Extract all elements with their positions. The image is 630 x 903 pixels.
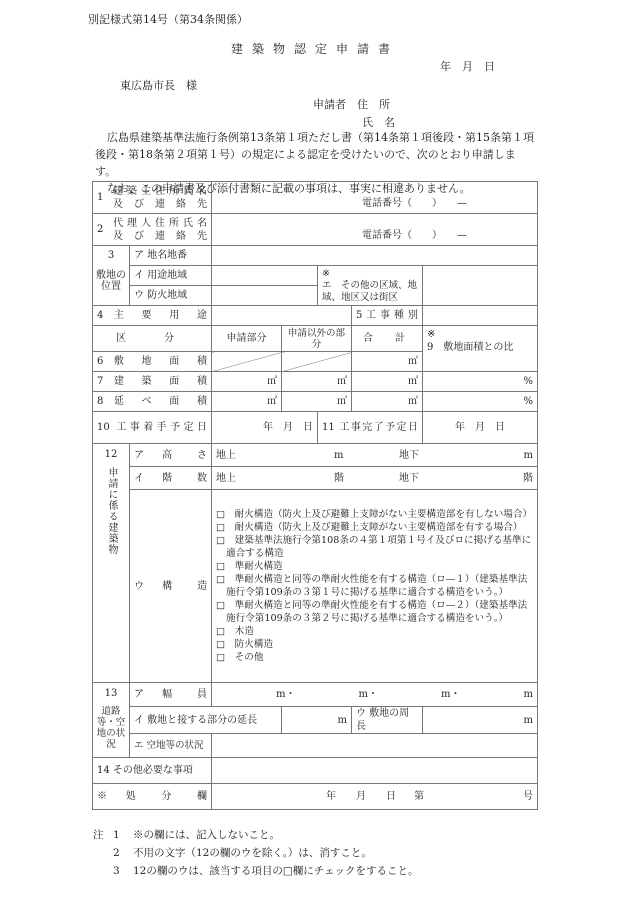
use-district-field[interactable]	[212, 266, 318, 286]
start-date-label: 10 工事着手予定日	[93, 412, 212, 444]
width-unit: m・	[441, 688, 460, 701]
application-date: 年 月 日	[440, 58, 495, 74]
building-area-applied-field[interactable]: ㎡	[212, 372, 282, 392]
row-main-use: 4 主 要 用 途 5 工 事 種 別	[93, 306, 538, 326]
road-group-label: 道路等・空地の状況	[95, 706, 127, 750]
owner-label-cell: 1 建築主住所氏名 及び連絡先	[93, 182, 212, 214]
height-above-unit: m	[334, 449, 399, 462]
fire-district-field[interactable]	[212, 286, 318, 306]
disposition-label: ※ 処 分 欄	[93, 784, 212, 810]
building-group: 12 申請に係る建築物	[93, 444, 130, 683]
division-header: 区 分	[93, 326, 212, 352]
structure-option-checkbox[interactable]: □ 建築基準法施行令第108条の４第１項第１号イ及びロに掲げる基準に適合する構造	[226, 534, 533, 560]
perimeter-field[interactable]: m	[423, 707, 538, 734]
disposition-no-suffix: 号	[523, 790, 533, 803]
row-road-width: 13 道路等・空地の状況 ア 幅 員 m・ m・ m・ m	[93, 683, 538, 707]
lot-number-field[interactable]	[212, 246, 538, 266]
row-open-space: エ 空地等の状況	[93, 734, 538, 758]
frontage-field[interactable]: m	[282, 707, 352, 734]
road-width-field[interactable]: m・ m・ m・ m	[212, 683, 538, 707]
main-use-label: 4 主 要 用 途	[93, 306, 212, 326]
lot-number-label: ア 地名地番	[130, 246, 212, 266]
site-area-applied-disabled	[212, 352, 282, 372]
building-area-ratio-field[interactable]: %	[423, 372, 538, 392]
work-type-field[interactable]	[423, 306, 538, 326]
disposition-no-prefix: 第	[414, 790, 523, 803]
owner-phone-label: 電話番号（ ） —	[362, 198, 467, 209]
floors-label: イ 階 数	[130, 467, 212, 490]
structure-option-checkbox[interactable]: □ 木造	[226, 625, 533, 638]
application-form-table: 1 建築主住所氏名 及び連絡先 電話番号（ ） — 2 代理人住所氏名 及び連絡…	[92, 181, 538, 810]
agent-phone-label: 電話番号（ ） —	[362, 230, 467, 241]
asterisk-mark: ※	[322, 268, 418, 280]
note-text: ※の欄には、記入しないこと。	[133, 829, 280, 841]
road-group: 13 道路等・空地の状況	[93, 683, 130, 758]
addressee: 東広島市長 様	[120, 77, 197, 93]
row-structure: ウ 構 造 □ 耐火構造（防火上及び避難上支障がない主要構造部を有しない場合） …	[93, 490, 538, 683]
row-number: 3	[95, 249, 127, 262]
disposition-date: 年 月 日	[216, 790, 396, 803]
row-building-area: 7 建 築 面 積 ㎡ ㎡ ㎡ %	[93, 372, 538, 392]
height-below-label: 地下	[399, 449, 524, 462]
row-agent: 2 代理人住所氏名 及び連絡先 電話番号（ ） —	[93, 214, 538, 246]
frontage-label: イ 敷地と接する部分の延長	[130, 707, 282, 734]
width-unit: m・	[359, 688, 378, 701]
height-field[interactable]: 地上 m 地下 m	[212, 444, 538, 467]
structure-option-checkbox[interactable]: □ その他	[226, 651, 533, 664]
structure-label: ウ 構 造	[130, 490, 212, 683]
start-date-field[interactable]: 年 月 日	[212, 412, 318, 444]
row-number: 2	[97, 223, 113, 236]
document-title: 建築物認定申請書	[0, 40, 630, 57]
applicant-name-label: 氏 名	[362, 114, 395, 130]
structure-option-checkbox[interactable]: □ 準耐火構造と同等の準耐火性能を有する構造（ロ—１）（建築基準法施行令第109…	[226, 573, 533, 599]
row-use-district: イ 用途地域 ※ エ その他の区域、地域、地区又は街区	[93, 266, 538, 286]
building-area-other-field[interactable]: ㎡	[282, 372, 352, 392]
height-label: ア 高 さ	[130, 444, 212, 467]
building-area-total-field[interactable]: ㎡	[352, 372, 423, 392]
site-ratio-header: ※ 9 敷地面積との比	[423, 326, 538, 372]
height-above-label: 地上	[216, 449, 334, 462]
row-number: 13	[95, 687, 127, 700]
row-number: 1	[97, 191, 113, 204]
structure-option-checkbox[interactable]: □ 耐火構造（防火上及び避難上支障がない主要構造部を有しない場合）	[226, 508, 533, 521]
work-type-label: 5 工 事 種 別	[352, 306, 423, 326]
notes: 注1※の欄には、記入しないこと。 2不用の文字（12の欄のウを除く。）は、消すこ…	[93, 826, 418, 880]
open-space-label: エ 空地等の状況	[130, 734, 212, 758]
row-other-matters: 14 その他必要な事項	[93, 758, 538, 784]
applied-part-header: 申請部分	[212, 326, 282, 352]
site-area-total-field[interactable]: ㎡	[352, 352, 423, 372]
site-area-label: 6 敷 地 面 積	[93, 352, 212, 372]
structure-option-checkbox[interactable]: □ 準耐火構造	[226, 560, 533, 573]
row-floor-area: 8 延 べ 面 積 ㎡ ㎡ ㎡ %	[93, 392, 538, 412]
site-ratio-label: 9 敷地面積との比	[427, 341, 533, 354]
note-number: 2	[113, 844, 133, 862]
row-building-height: 12 申請に係る建築物 ア 高 さ 地上 m 地下 m	[93, 444, 538, 467]
other-part-header: 申請以外の部 分	[282, 326, 352, 352]
floors-field[interactable]: 地上 階 地下 階	[212, 467, 538, 490]
floor-area-other-field[interactable]: ㎡	[282, 392, 352, 412]
use-district-label: イ 用途地域	[130, 266, 212, 286]
row-owner: 1 建築主住所氏名 及び連絡先 電話番号（ ） —	[93, 182, 538, 214]
row-number: 12	[97, 448, 125, 461]
building-area-label: 7 建 築 面 積	[93, 372, 212, 392]
agent-field[interactable]: 電話番号（ ） —	[212, 214, 538, 246]
floors-above-label: 地上	[216, 472, 334, 485]
completion-date-label: 11 工事完了予定日	[318, 412, 423, 444]
owner-field[interactable]: 電話番号（ ） —	[212, 182, 538, 214]
perimeter-label: ウ 敷地の周長	[352, 707, 423, 734]
row-frontage: イ 敷地と接する部分の延長 m ウ 敷地の周長 m	[93, 707, 538, 734]
completion-date-field[interactable]: 年 月 日	[423, 412, 538, 444]
other-matters-field[interactable]	[212, 758, 538, 784]
note-text: 不用の文字（12の欄のウを除く。）は、消すこと。	[133, 847, 372, 859]
agent-label-top: 代理人住所氏名	[113, 217, 207, 230]
site-location-group-label: 敷地の位置	[95, 270, 127, 292]
floors-below-label: 地下	[399, 472, 523, 485]
site-area-other-disabled	[282, 352, 352, 372]
row-disposition: ※ 処 分 欄 年 月 日 第 号	[93, 784, 538, 810]
structure-options: □ 耐火構造（防火上及び避難上支障がない主要構造部を有しない場合） □ 耐火構造…	[212, 490, 538, 683]
fire-district-label: ウ 防火地域	[130, 286, 212, 306]
note-number: 3	[113, 862, 133, 880]
note-text: 12の欄のウは、該当する項目の□欄にチェックをすること。	[133, 865, 418, 877]
structure-option-checkbox[interactable]: □ 準耐火構造と同等の準耐火性能を有する構造（ロ—２）（建築基準法施行令第109…	[226, 599, 533, 625]
notes-prefix: 注	[93, 826, 113, 844]
applicant-address-label: 申請者 住 所	[313, 96, 390, 112]
other-zone-label-cell: ※ エ その他の区域、地域、地区又は街区	[318, 266, 423, 306]
area-header-row: 区 分 申請部分 申請以外の部 分 合 計 ※ 9 敷地面積との比	[93, 326, 538, 352]
asterisk-mark: ※	[427, 328, 533, 341]
owner-label-bottom: 及び連絡先	[113, 198, 207, 211]
open-space-field[interactable]	[212, 734, 538, 758]
height-below-unit: m	[524, 449, 533, 462]
total-header: 合 計	[352, 326, 423, 352]
site-location-group: 3 敷地の位置	[93, 246, 130, 306]
row-floors: イ 階 数 地上 階 地下 階	[93, 467, 538, 490]
building-group-label: 申請に係る建築物	[105, 467, 117, 555]
structure-option-checkbox[interactable]: □ 耐火構造（防火上及び避難上支障がない主要構造部を有する場合）	[226, 521, 533, 534]
row-site-location: 3 敷地の位置 ア 地名地番	[93, 246, 538, 266]
floor-area-total-field[interactable]: ㎡	[352, 392, 423, 412]
floor-area-applied-field[interactable]: ㎡	[212, 392, 282, 412]
floors-below-unit: 階	[523, 472, 533, 485]
form-number: 別記様式第14号（第34条関係）	[88, 11, 248, 27]
agent-label-cell: 2 代理人住所氏名 及び連絡先	[93, 214, 212, 246]
floor-area-label: 8 延 べ 面 積	[93, 392, 212, 412]
note-number: 1	[113, 826, 133, 844]
floors-above-unit: 階	[334, 472, 399, 485]
row-schedule: 10 工事着手予定日 年 月 日 11 工事完了予定日 年 月 日	[93, 412, 538, 444]
main-use-field[interactable]	[212, 306, 352, 326]
disposition-field: 年 月 日 第 号	[212, 784, 538, 810]
width-unit: m	[524, 688, 533, 701]
other-matters-label: 14 その他必要な事項	[93, 758, 212, 784]
road-width-label: ア 幅 員	[130, 683, 212, 707]
width-unit: m・	[276, 688, 295, 701]
floor-area-ratio-field[interactable]: %	[423, 392, 538, 412]
other-zone-field[interactable]	[423, 266, 538, 306]
other-zone-label: エ その他の区域、地域、地区又は街区	[322, 280, 418, 304]
intro-paragraph-1: 広島県建築基準法施行条例第13条第１項ただし書（第14条第１項後段・第15条第１…	[95, 129, 535, 180]
agent-label-bottom: 及び連絡先	[113, 230, 207, 243]
owner-label-top: 建築主住所氏名	[113, 185, 207, 198]
structure-option-checkbox[interactable]: □ 防火構造	[226, 638, 533, 651]
